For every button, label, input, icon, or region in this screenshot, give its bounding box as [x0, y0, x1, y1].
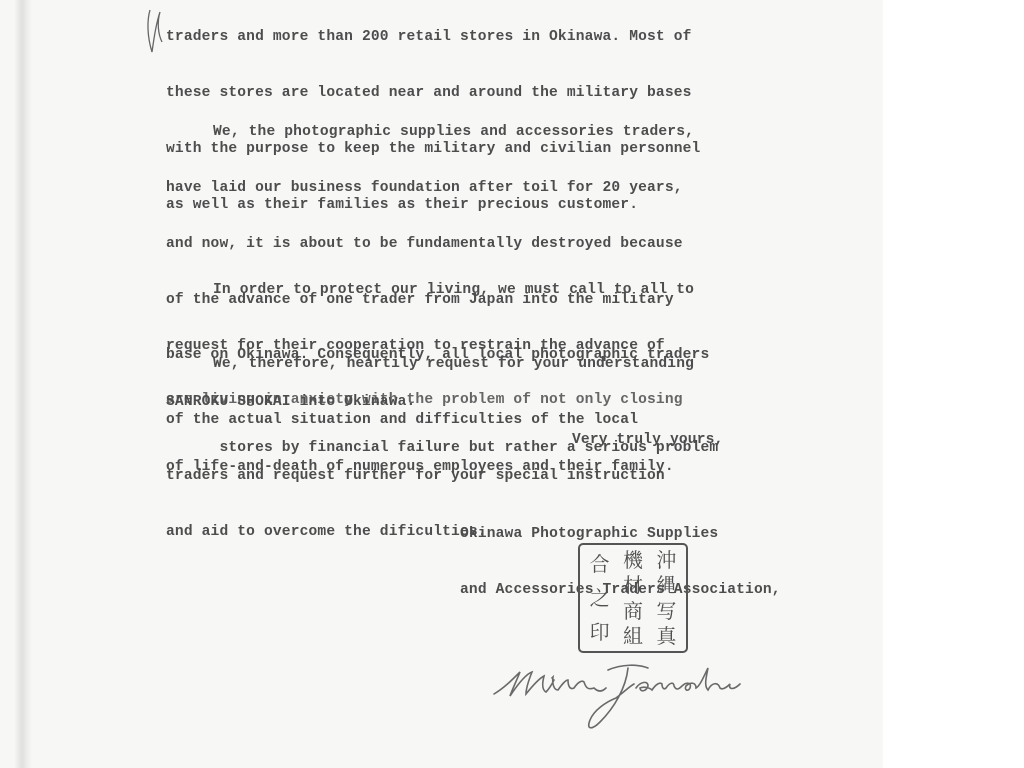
scanned-letter-page: traders and more than 200 retail stores … [0, 0, 883, 768]
text-line: We, the photographic supplies and access… [166, 123, 718, 142]
seal-column: 合 之 印 [590, 547, 610, 649]
text-line: Okinawa Photographic Supplies [460, 525, 781, 544]
seal-column: 沖 縄 写 真 [656, 547, 676, 649]
association-seal-stamp: 沖 縄 写 真 機 材 商 組 合 之 印 [578, 543, 688, 653]
text-line: traders and request further for your spe… [166, 467, 694, 486]
handwritten-signature: Minoru Yamada [490, 658, 750, 738]
seal-character: 沖 [656, 548, 676, 572]
scan-edge-shadow [14, 0, 32, 768]
text-line: In order to protect our living, we must … [166, 281, 694, 300]
text-line: traders and more than 200 retail stores … [166, 28, 700, 47]
seal-character: 印 [590, 620, 610, 644]
signature-stroke-icon [490, 658, 750, 738]
seal-character: 之 [590, 586, 610, 610]
seal-column: 機 材 商 組 [623, 547, 643, 649]
text-line: We, therefore, heartily request for your… [166, 355, 694, 374]
seal-character: 縄 [656, 573, 676, 597]
text-line: have laid our business foundation after … [166, 179, 718, 198]
seal-character: 組 [623, 624, 643, 648]
seal-character: 材 [623, 573, 643, 597]
seal-character: 商 [623, 599, 643, 623]
text-line: of the actual situation and difficulties… [166, 411, 694, 430]
seal-character: 真 [656, 624, 676, 648]
seal-character: 写 [656, 599, 676, 623]
seal-character: 機 [623, 548, 643, 572]
seal-character: 合 [590, 552, 610, 576]
closing-salutation: Very truly yours, [572, 431, 723, 450]
handwritten-margin-mark-icon [144, 8, 166, 54]
